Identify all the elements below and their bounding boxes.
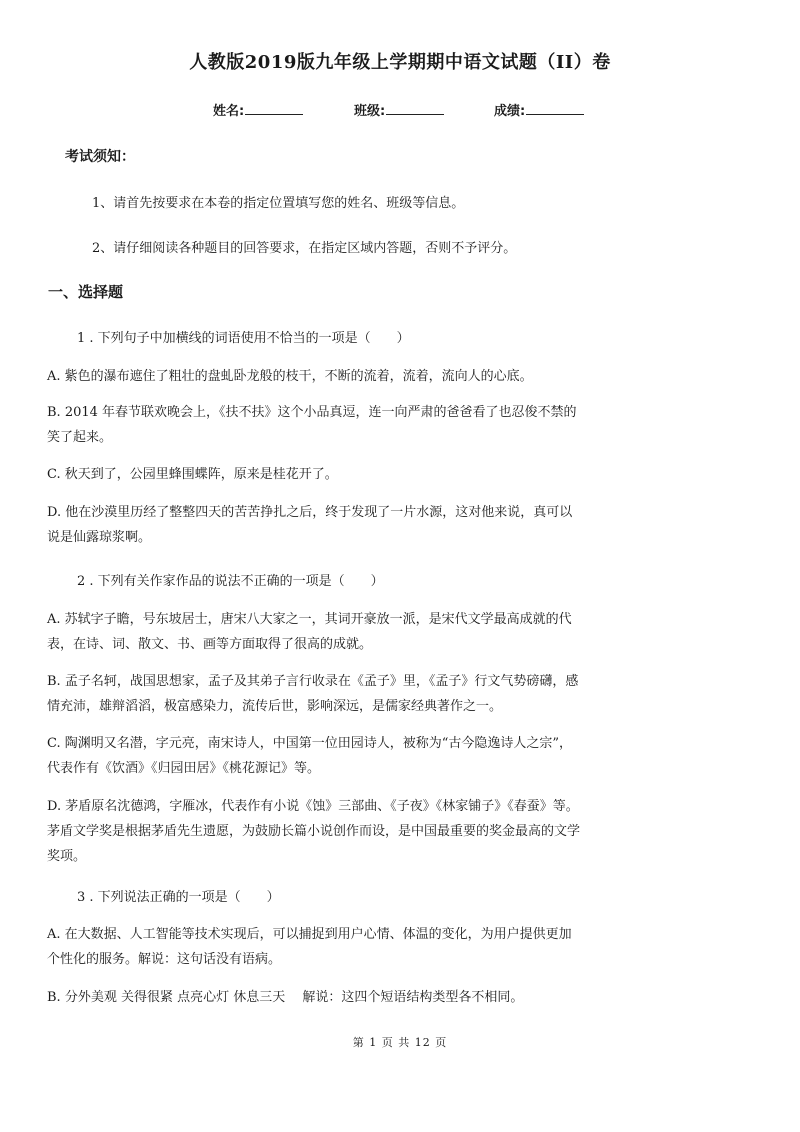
option-line: 说是仙露琼浆啊。 (47, 525, 637, 550)
option-line: D. 他在沙漠里历经了整整四天的苦苦挣扎之后，终于发现了一片水源，这对他来说，真… (47, 500, 637, 525)
notice-item: 2、请仔细阅读各种题目的回答要求，在指定区域内答题，否则不予评分。 (92, 237, 516, 256)
question-stem: 1 . 下列句子中加横线的词语使用不恰当的一项是（ ） (77, 327, 410, 346)
section-heading: 一、选择题 (48, 281, 123, 302)
option-d: D. 茅盾原名沈德鸿，字雁冰，代表作有小说《蚀》三部曲、《子夜》《林家铺子》《春… (47, 794, 637, 869)
document-title: 人教版2019版九年级上学期期中语文试题（II）卷 (0, 48, 800, 74)
notice-heading: 考试须知： (65, 146, 135, 166)
option-line: B. 2014 年春节联欢晚会上，《扶不扶》这个小品真逗，连一向严肃的爸爸看了也… (47, 400, 637, 425)
notice-item: 1、请首先按要求在本卷的指定位置填写您的姓名、班级等信息。 (92, 192, 464, 211)
option-line: B. 分外美观 关得很紧 点亮心灯 休息三天 解说：这四个短语结构类型各不相同。 (47, 985, 637, 1010)
option-line: 茅盾文学奖是根据茅盾先生遗愿，为鼓励长篇小说创作而设，是中国最重要的奖金最高的文… (47, 819, 637, 844)
option-d: D. 他在沙漠里历经了整整四天的苦苦挣扎之后，终于发现了一片水源，这对他来说，真… (47, 500, 637, 550)
option-b: B. 分外美观 关得很紧 点亮心灯 休息三天 解说：这四个短语结构类型各不相同。 (47, 985, 637, 1010)
name-label: 姓名: (213, 104, 244, 119)
option-line: 情充沛，雄辩滔滔，极富感染力，流传后世，影响深远，是儒家经典著作之一。 (47, 694, 637, 719)
option-b: B. 孟子名轲，战国思想家，孟子及其弟子言行收录在《孟子》里，《孟子》行文气势磅… (47, 669, 637, 719)
option-line: A. 苏轼字子瞻，号东坡居士，唐宋八大家之一，其词开豪放一派，是宋代文学最高成就… (47, 607, 637, 632)
option-a: A. 在大数据、人工智能等技术实现后，可以捕捉到用户心情、体温的变化，为用户提供… (47, 922, 637, 972)
score-blank[interactable] (526, 102, 584, 115)
option-a: A. 苏轼字子瞻，号东坡居士，唐宋八大家之一，其词开豪放一派，是宋代文学最高成就… (47, 607, 637, 657)
option-line: C. 秋天到了，公园里蜂围蝶阵，原来是桂花开了。 (47, 462, 637, 487)
page-footer: 第 1 页 共 12 页 (0, 1034, 800, 1050)
option-b: B. 2014 年春节联欢晚会上，《扶不扶》这个小品真逗，连一向严肃的爸爸看了也… (47, 400, 637, 450)
question-stem: 2 . 下列有关作家作品的说法不正确的一项是（ ） (77, 570, 384, 589)
option-line: B. 孟子名轲，战国思想家，孟子及其弟子言行收录在《孟子》里，《孟子》行文气势磅… (47, 669, 637, 694)
option-line: 个性化的服务。解说：这句话没有语病。 (47, 947, 637, 972)
name-blank[interactable] (245, 102, 303, 115)
option-a: A. 紫色的瀑布遮住了粗壮的盘虬卧龙般的枝干，不断的流着，流着，流向人的心底。 (47, 364, 637, 389)
option-line: C. 陶渊明又名潜，字元亮，南宋诗人，中国第一位田园诗人，被称为“古今隐逸诗人之… (47, 731, 637, 756)
option-line: D. 茅盾原名沈德鸿，字雁冰，代表作有小说《蚀》三部曲、《子夜》《林家铺子》《春… (47, 794, 637, 819)
option-line: 笑了起来。 (47, 425, 637, 450)
class-blank[interactable] (386, 102, 444, 115)
question-stem: 3 . 下列说法正确的一项是（ ） (77, 886, 280, 905)
option-line: A. 紫色的瀑布遮住了粗壮的盘虬卧龙般的枝干，不断的流着，流着，流向人的心底。 (47, 364, 637, 389)
score-label: 成绩: (494, 104, 525, 119)
option-c: C. 秋天到了，公园里蜂围蝶阵，原来是桂花开了。 (47, 462, 637, 487)
option-line: 代表作有《饮酒》《归园田居》《桃花源记》等。 (47, 756, 637, 781)
score-field[interactable]: 成绩: (494, 100, 584, 119)
name-field[interactable]: 姓名: (213, 100, 303, 119)
class-field[interactable]: 班级: (354, 100, 444, 119)
option-line: 奖项。 (47, 844, 637, 869)
option-line: 表，在诗、词、散文、书、画等方面取得了很高的成就。 (47, 632, 637, 657)
option-c: C. 陶渊明又名潜，字元亮，南宋诗人，中国第一位田园诗人，被称为“古今隐逸诗人之… (47, 731, 637, 781)
class-label: 班级: (354, 104, 385, 119)
option-line: A. 在大数据、人工智能等技术实现后，可以捕捉到用户心情、体温的变化，为用户提供… (47, 922, 637, 947)
